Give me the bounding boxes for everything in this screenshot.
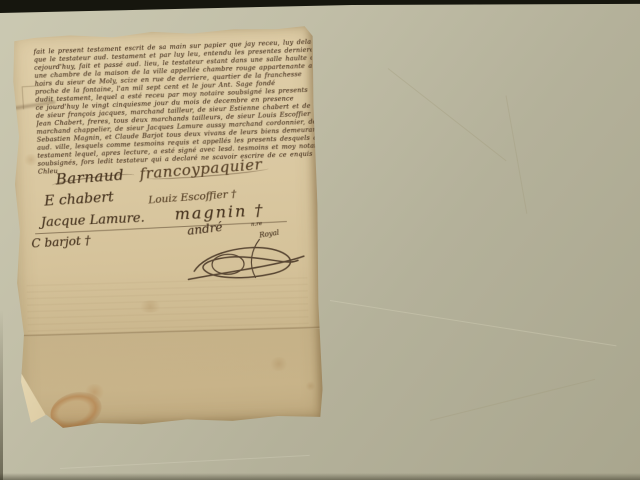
photo-top-edge (0, 0, 640, 13)
signature-chabert: E chabert (44, 189, 114, 209)
signature-notary-title: n.re (251, 221, 263, 228)
table-scratch (506, 95, 528, 213)
handwritten-body-text: fait le present testament escrit de sa m… (33, 38, 316, 176)
manuscript-paper: fait le present testament escrit de sa m… (10, 26, 324, 429)
photo-bottom-edge-shadow (0, 473, 640, 480)
table-scratch (388, 68, 507, 161)
table-scratch (430, 379, 595, 421)
signature-notary-andre: andré (186, 220, 223, 238)
photo-left-edge-shadow (0, 310, 3, 480)
table-scratch (60, 455, 310, 469)
signature-barnaud: Barnaud (55, 166, 125, 189)
table-scratch (330, 300, 617, 346)
signature-barjot: C barjot † (31, 233, 91, 250)
photo-of-manuscript: fait le present testament escrit de sa m… (0, 0, 640, 480)
paper-tone-band (16, 264, 321, 334)
signature-lamure: Jacque Lamure. (40, 211, 144, 231)
